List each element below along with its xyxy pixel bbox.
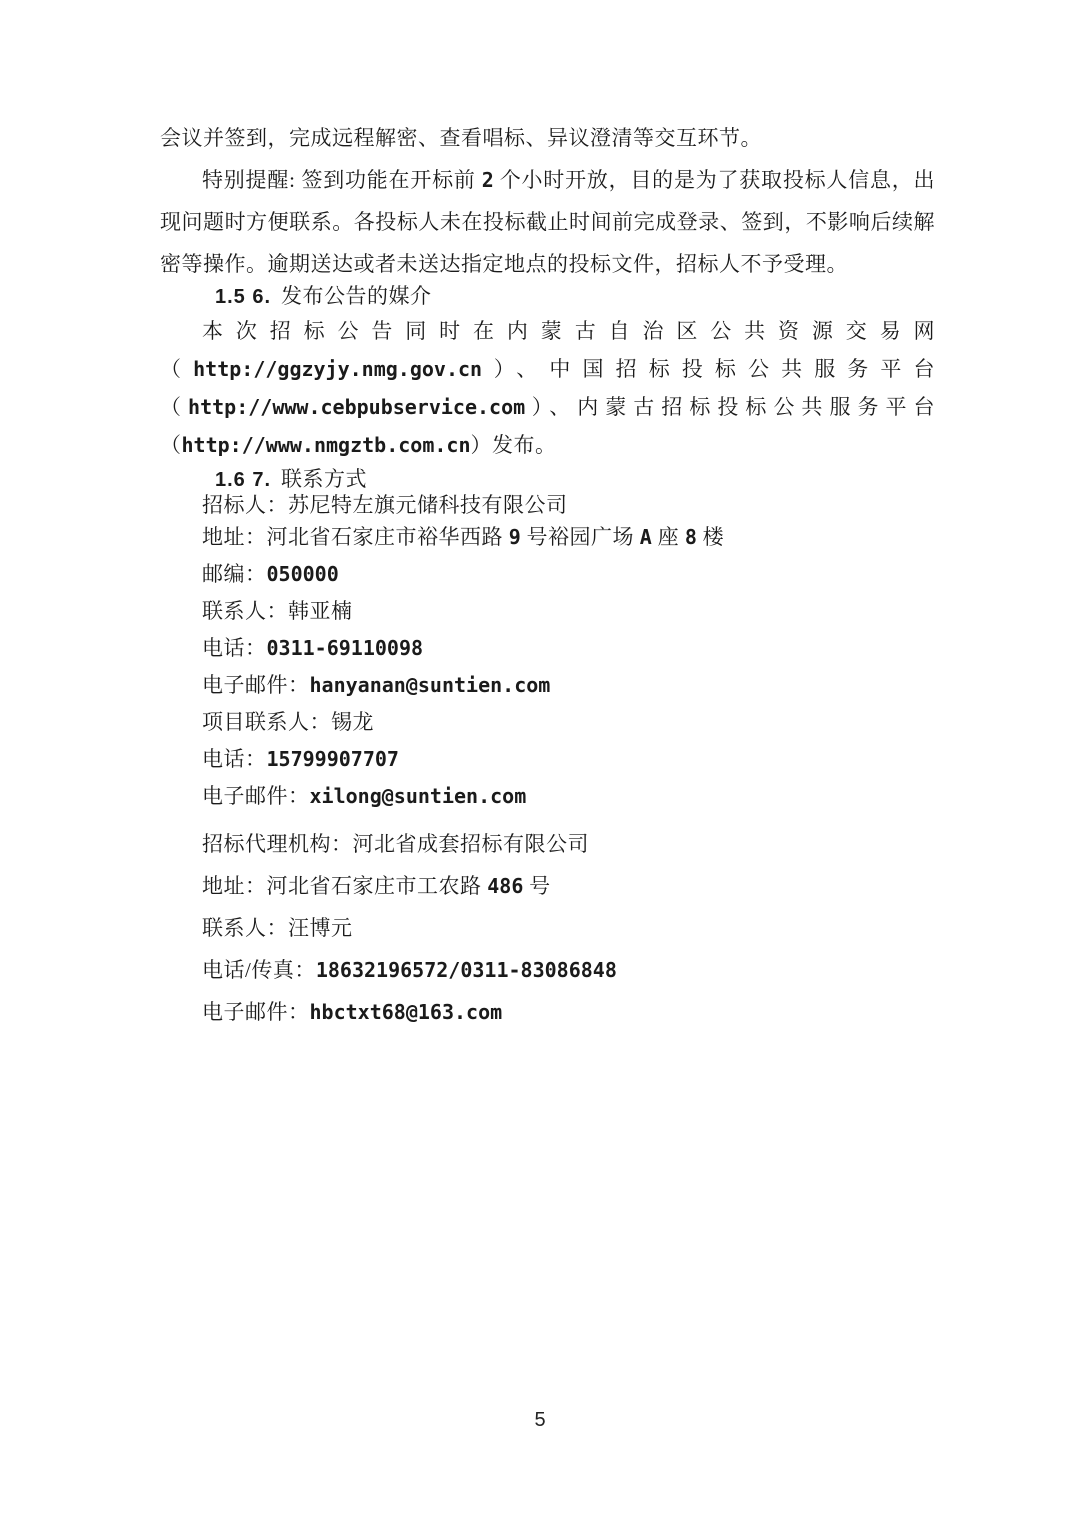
tenderer-email-label: 电子邮件：: [202, 673, 310, 697]
media-url-ggzyjy: http://ggzyjy.nmg.gov.cn: [193, 357, 482, 381]
agency-address-num: 486: [487, 874, 523, 898]
tenderer-address-1: 地址：河北省石家庄市裕华西路: [202, 525, 509, 549]
tenderer-name-text: 招标人：苏尼特左旗元储科技有限公司: [202, 493, 568, 517]
project-email-label: 电子邮件：: [202, 784, 310, 808]
heading-contact-section: 1.6 7.联系方式: [160, 468, 935, 491]
tenderer-phone-label: 电话：: [202, 636, 267, 660]
page-number: 5: [0, 1408, 1080, 1432]
agency-phone-line: 电话/传真：18632196572/0311-83086848: [160, 949, 935, 991]
agency-email-label: 电子邮件：: [202, 1000, 310, 1024]
paragraph-continuation-text: 会议并签到，完成远程解密、查看唱标、异议澄清等交互环节。: [160, 126, 762, 150]
agency-name-line: 招标代理机构：河北省成套招标有限公司: [160, 823, 935, 865]
agency-contact-line: 联系人：汪博元: [160, 907, 935, 949]
heading-contact-title: 联系方式: [281, 467, 367, 491]
tenderer-address-line: 地址：河北省石家庄市裕华西路 9 号裕园广场 A 座 8 楼: [160, 519, 935, 556]
tenderer-email-value: hanyanan@suntien.com: [310, 673, 551, 697]
tenderer-address-num-2: A: [640, 525, 652, 549]
document-page: 会议并签到，完成远程解密、查看唱标、异议澄清等交互环节。 特别提醒: 签到功能在…: [0, 0, 1080, 1527]
tenderer-contact-text: 联系人：韩亚楠: [202, 599, 353, 623]
tenderer-name-line: 招标人：苏尼特左旗元储科技有限公司: [160, 491, 935, 519]
tenderer-email-line: 电子邮件：hanyanan@suntien.com: [160, 667, 935, 704]
tenderer-phone-line: 电话：0311-69110098: [160, 630, 935, 667]
tenderer-address-3: 座: [652, 525, 685, 549]
paragraph-announcement-media: 本次招标公告同时在内蒙古自治区公共资源交易网（http://ggzyjy.nmg…: [160, 312, 935, 464]
agency-email-line: 电子邮件：hbctxt68@163.com: [160, 991, 935, 1033]
tenderer-contact-line: 联系人：韩亚楠: [160, 593, 935, 630]
project-contact-line: 项目联系人：锡龙: [160, 704, 935, 741]
heading-media-title: 发布公告的媒介: [281, 284, 432, 308]
heading-contact-number: 1.6 7.: [215, 469, 271, 491]
reminder-text-lead: 特别提醒: 签到功能在开标前: [202, 168, 482, 192]
agency-contact-text: 联系人：汪博元: [202, 916, 353, 940]
document-body: 会议并签到，完成远程解密、查看唱标、异议澄清等交互环节。 特别提醒: 签到功能在…: [160, 117, 935, 1033]
agency-address-2: 号: [523, 874, 550, 898]
agency-name-text: 招标代理机构：河北省成套招标有限公司: [202, 832, 589, 856]
tenderer-zip-value: 050000: [267, 562, 339, 586]
tenderer-address-num-3: 8: [685, 525, 697, 549]
agency-address-1: 地址：河北省石家庄市工农路: [202, 874, 487, 898]
project-phone-value: 15799907707: [267, 747, 399, 771]
agency-address-line: 地址：河北省石家庄市工农路 486 号: [160, 865, 935, 907]
reminder-number: 2: [482, 168, 494, 192]
tenderer-address-4: 楼: [697, 525, 724, 549]
media-url-nmgztb: http://www.nmgztb.com.cn: [182, 433, 471, 457]
media-text-4: ）发布。: [470, 433, 556, 457]
project-phone-label: 电话：: [202, 747, 267, 771]
heading-media-number: 1.5 6.: [215, 286, 271, 308]
tenderer-phone-value: 0311-69110098: [267, 636, 424, 660]
project-phone-line: 电话：15799907707: [160, 741, 935, 778]
agency-phone-value: 18632196572/0311-83086848: [316, 958, 617, 982]
tenderer-address-2: 号裕园广场: [521, 525, 640, 549]
media-url-cebpubservice: http://www.cebpubservice.com: [188, 395, 525, 419]
tenderer-zip-label: 邮编：: [202, 562, 267, 586]
project-email-line: 电子邮件：xilong@suntien.com: [160, 778, 935, 815]
tenderer-contact-block: 招标人：苏尼特左旗元储科技有限公司 地址：河北省石家庄市裕华西路 9 号裕园广场…: [160, 491, 935, 815]
agency-contact-block: 招标代理机构：河北省成套招标有限公司 地址：河北省石家庄市工农路 486 号 联…: [160, 823, 935, 1033]
paragraph-special-reminder: 特别提醒: 签到功能在开标前 2 个小时开放，目的是为了获取投标人信息，出现问题…: [160, 159, 935, 285]
agency-phone-label: 电话/传真：: [202, 958, 316, 982]
paragraph-continuation: 会议并签到，完成远程解密、查看唱标、异议澄清等交互环节。: [160, 117, 935, 159]
tenderer-address-num-1: 9: [509, 525, 521, 549]
project-email-value: xilong@suntien.com: [310, 784, 527, 808]
tenderer-zip-line: 邮编：050000: [160, 556, 935, 593]
heading-media-section: 1.5 6.发布公告的媒介: [160, 285, 935, 308]
agency-email-value: hbctxt68@163.com: [310, 1000, 503, 1024]
project-contact-text: 项目联系人：锡龙: [202, 710, 374, 734]
